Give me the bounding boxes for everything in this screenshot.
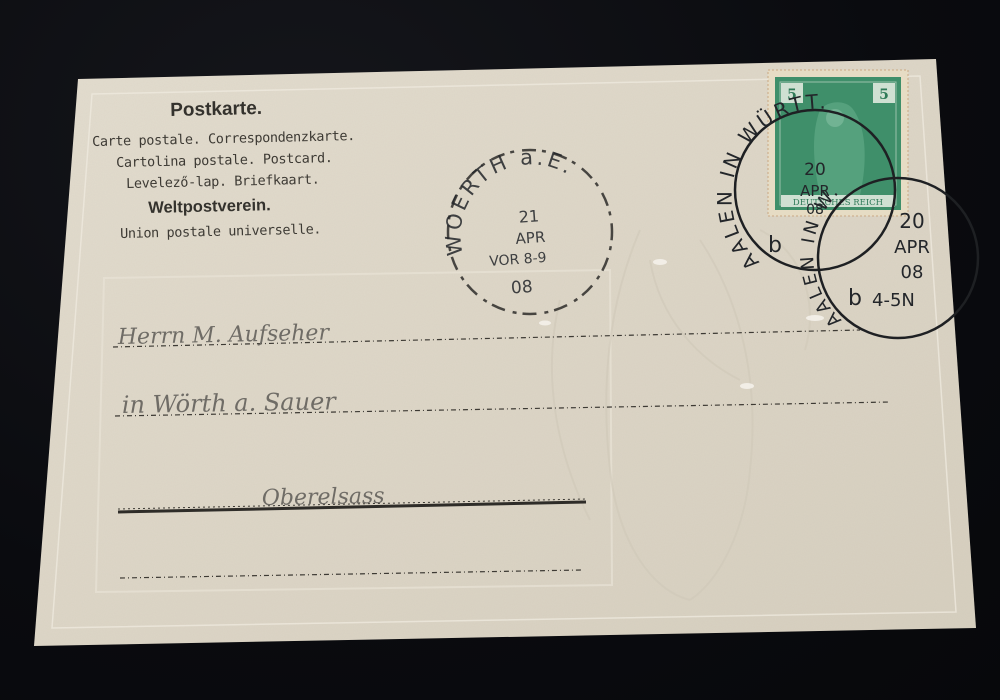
svg-text:21: 21 <box>518 206 540 226</box>
svg-text:b: b <box>768 233 782 258</box>
address-line-1: Herrn M. Aufseher <box>117 321 331 350</box>
svg-text:APR: APR <box>515 228 546 248</box>
svg-text:20: 20 <box>804 160 826 180</box>
stamp-value-right: 5 <box>879 87 889 103</box>
header-union-title: Weltpostverein. <box>148 196 271 218</box>
svg-text:08: 08 <box>510 277 533 298</box>
postcard-graphic: Herrn M. Aufseher in Wörth a. Sauer Ober… <box>0 0 1000 700</box>
svg-text:APR: APR <box>894 237 930 258</box>
postcard: Herrn M. Aufseher in Wörth a. Sauer Ober… <box>0 0 1000 700</box>
svg-text:4-5N: 4-5N <box>872 290 915 311</box>
svg-text:20: 20 <box>899 209 924 233</box>
svg-text:b: b <box>848 286 862 311</box>
header-title: Postkarte. <box>170 98 262 122</box>
address-line-2: in Wörth a. Sauer <box>122 387 338 419</box>
address-line-3: Oberelsass <box>262 484 385 511</box>
svg-text:08: 08 <box>901 262 924 283</box>
